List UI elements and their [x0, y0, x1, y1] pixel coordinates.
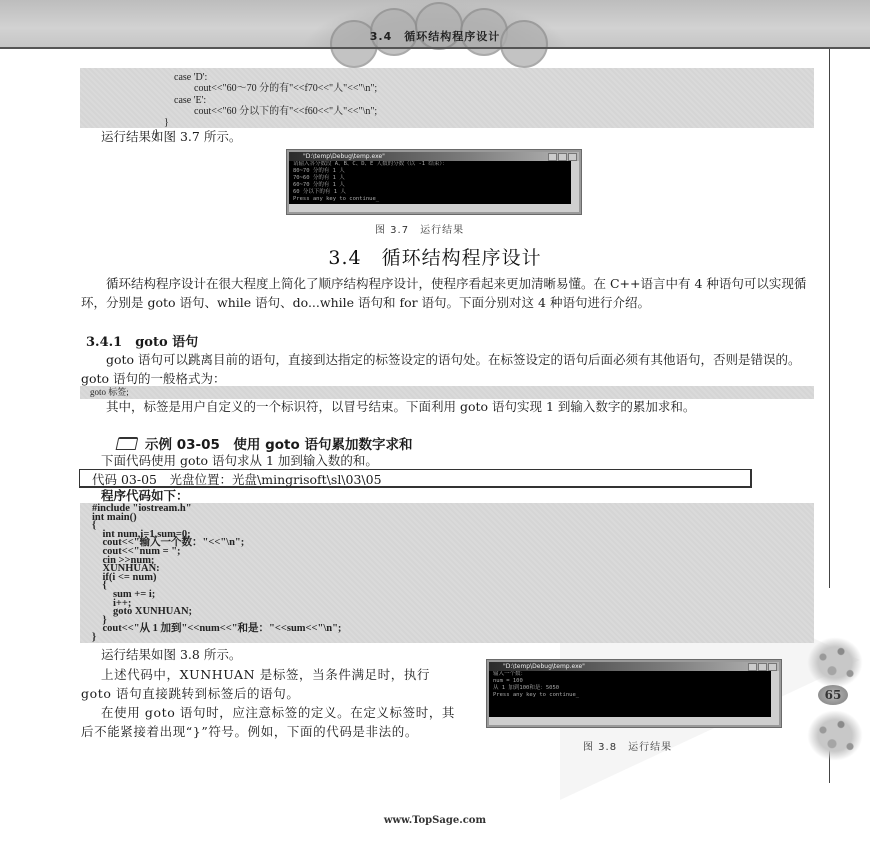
console-line: 请输入各分数段 A、B、C、D、E 人数的分数（以 -1 结束）：: [289, 161, 579, 168]
console-output: 输入一个数：num = 100从 1 加到100和是：5050Press any…: [489, 671, 779, 699]
label-warning: 在使用 goto 语句时，应注意标签的定义。在定义标签时，其后不能紧接着出现“}…: [81, 703, 456, 741]
margin-rule: [829, 49, 830, 588]
minimize-icon: [748, 663, 757, 671]
close-icon: [768, 663, 777, 671]
subsection-title: 3.4.1 goto 语句: [86, 331, 198, 350]
result-reference: 运行结果如图 3.7 所示。: [101, 127, 241, 146]
footer-url: www.TopSage.com: [0, 815, 870, 826]
goto-description: goto 语句可以跳离目前的语句，直接到达指定的标签设定的语句处。在标签设定的语…: [81, 350, 818, 388]
console-line: 70~60 分的有 1 人: [289, 175, 579, 182]
window-controls: [548, 153, 577, 161]
section-title: 3.4 循环结构程序设计: [0, 243, 870, 270]
console-output: 请输入各分数段 A、B、C、D、E 人数的分数（以 -1 结束）：80~70 分…: [289, 161, 579, 203]
console-line: num = 100: [489, 678, 779, 685]
code-block: #include "iostream.h" int main() { int n…: [80, 503, 814, 643]
page-number: 65: [818, 685, 848, 705]
vertical-scrollbar: [571, 161, 579, 204]
result-reference: 运行结果如图 3.8 所示。: [101, 645, 241, 664]
label-explanation: 上述代码中，XUNHUAN 是标签，当条件满足时，执行 goto 语句直接跳转到…: [81, 665, 456, 703]
figure-caption: 图 3.8 运行结果: [583, 738, 672, 753]
minimize-icon: [548, 153, 557, 161]
console-titlebar: "D:\temp\Debug\temp.exe": [289, 152, 579, 161]
console-line: 80~70 分的有 1 人: [289, 168, 579, 175]
horizontal-scrollbar: [489, 717, 779, 725]
maximize-icon: [558, 153, 567, 161]
console-line: Press any key to continue_: [289, 196, 579, 203]
label-description: 其中，标签是用户自定义的一个标识符，以冒号结束。下面利用 goto 语句实现 1…: [81, 397, 818, 416]
console-line: 从 1 加到100和是：5050: [489, 685, 779, 692]
folder-open-icon: [116, 437, 139, 450]
console-line: 60 分以下的有 1 人: [289, 189, 579, 196]
console-title: "D:\temp\Debug\temp.exe": [303, 153, 385, 160]
dragon-ornament-icon: [805, 708, 865, 763]
code-block-continued: case 'D': cout<<"60～70 分的有"<<f70<<"人"<<"…: [80, 68, 814, 128]
maximize-icon: [758, 663, 767, 671]
example-heading: 示例 03-05 使用 goto 语句累加数字求和: [117, 433, 412, 453]
console-window-fig-3-8: "D:\temp\Debug\temp.exe" 输入一个数：num = 100…: [487, 660, 781, 727]
console-titlebar: "D:\temp\Debug\temp.exe": [489, 662, 779, 671]
console-line: 60~70 分的有 1 人: [289, 182, 579, 189]
section-intro: 循环结构程序设计在很大程度上简化了顺序结构程序设计，使程序看起来更加清晰易懂。在…: [81, 274, 818, 312]
console-line: Press any key to continue_: [489, 692, 779, 699]
console-window-fig-3-7: "D:\temp\Debug\temp.exe" 请输入各分数段 A、B、C、D…: [287, 150, 581, 214]
running-title: 3.4 循环结构程序设计: [0, 28, 870, 44]
example-description: 下面代码使用 goto 语句求从 1 加到输入数的和。: [101, 451, 378, 470]
header-rule: [0, 47, 870, 49]
console-title: "D:\temp\Debug\temp.exe": [503, 663, 585, 670]
figure-caption: 图 3.7 运行结果: [375, 221, 464, 236]
close-icon: [568, 153, 577, 161]
code-text: #include "iostream.h" int main() { int n…: [80, 503, 814, 643]
horizontal-scrollbar: [289, 204, 579, 212]
vertical-scrollbar: [771, 671, 779, 717]
dragon-ornament-icon: [805, 635, 865, 690]
console-line: 输入一个数：: [489, 671, 779, 678]
window-controls: [748, 663, 777, 671]
